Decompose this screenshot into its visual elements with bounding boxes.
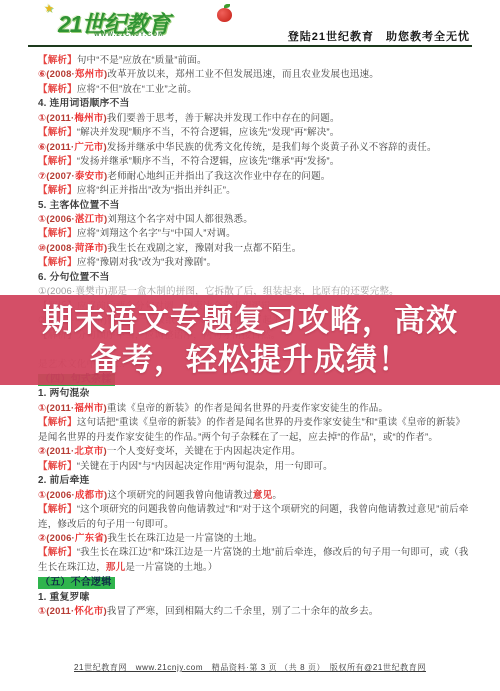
text-segment: ② bbox=[38, 533, 46, 544]
header-slogan: 登陆21世纪教育 助您教考全无忧 bbox=[288, 28, 470, 44]
text-segment: 5. 主客体位置不当 bbox=[38, 200, 119, 211]
page-footer: 21世纪教育网 www.21cnjy.com 精品资料·第 3 页 （共 8 页… bbox=[0, 662, 500, 673]
doc-line-analysis: 【解析】应将“刘翔这个名字”与“中国人”对调。 bbox=[38, 227, 472, 241]
text-segment: 重读《皇帝的新装》的作者是闻名世界的丹麦作家安徒生的作品。 bbox=[107, 403, 388, 414]
text-segment: 北京市 bbox=[74, 446, 103, 457]
doc-line-analysis: 【解析】这句话把“重读《皇帝的新装》的作者是闻名世界的丹麦作家安徒生”和“重读《… bbox=[38, 416, 472, 445]
text-segment: 【解析】 bbox=[38, 461, 77, 472]
site-logo: ★ 21世纪教育 WWW.21CNJY.COM bbox=[58, 6, 248, 46]
text-segment: 【解析】 bbox=[38, 156, 77, 167]
text-segment: “解决并发现”顺序不当，不符合逻辑，应该先“发现”再“解决”。 bbox=[77, 127, 340, 138]
text-segment: “发扬并继承”顺序不当，不符合逻辑，应该先“继承”再“发扬”。 bbox=[77, 156, 340, 167]
text-segment: 广元市 bbox=[74, 142, 103, 153]
doc-line-item: ⑥(2008·郑州市)改革开放以来，郑州工业不但发展迅速，而且农业发展也迅速。 bbox=[38, 68, 472, 82]
text-segment: 湛江市 bbox=[75, 214, 104, 225]
text-segment: 改革开放以来，郑州工业不但发展迅速，而且农业发展也迅速。 bbox=[107, 69, 379, 80]
text-segment: ⑥ bbox=[38, 69, 46, 80]
doc-line-item: ②(2006·广东省)我生长在珠江边是一片富饶的土地。 bbox=[38, 532, 472, 546]
text-segment: 句中“不是”应放在“质量”前面。 bbox=[77, 55, 207, 66]
doc-line-analysis: 【解析】“解决并发现”顺序不当，不符合逻辑，应该先“发现”再“解决”。 bbox=[38, 126, 472, 140]
text-segment: (2011· bbox=[46, 113, 74, 124]
text-segment: 成都市 bbox=[75, 490, 104, 501]
text-segment: 泰安市 bbox=[75, 171, 104, 182]
doc-line-item: ⑥(2011·广元市)发扬并继承中华民族的优秀文化传统，是我们每个炎黄子孙义不容… bbox=[38, 141, 472, 155]
text-segment: 【解析】 bbox=[38, 185, 77, 196]
header-divider bbox=[28, 45, 472, 47]
text-segment: 一个人变好变坏，关键在于内因起决定作用。 bbox=[107, 446, 301, 457]
apple-icon bbox=[217, 8, 232, 22]
text-segment: ① bbox=[38, 490, 46, 501]
text-segment: (2006· bbox=[46, 214, 75, 225]
promo-banner-line1: 期末语文专题复习攻略，高效 bbox=[42, 301, 458, 340]
text-segment: (2008· bbox=[46, 243, 75, 254]
text-segment: 。 bbox=[272, 490, 282, 501]
text-segment: （五）不合逻辑 bbox=[38, 577, 115, 589]
text-segment: 菏泽市 bbox=[75, 243, 104, 254]
text-segment: 发扬并继承中华民族的优秀文化传统，是我们每个炎黄子孙义不容辞的责任。 bbox=[107, 142, 437, 153]
text-segment: 【解析】 bbox=[38, 417, 77, 428]
text-segment: 应将“不但”放在“工业”之前。 bbox=[77, 84, 197, 95]
text-segment: 应将“纠正并指出”改为“指出并纠正”。 bbox=[77, 185, 236, 196]
text-segment: 那儿 bbox=[106, 562, 125, 573]
document-page: ★ 21世纪教育 WWW.21CNJY.COM 登陆21世纪教育 助您教考全无忧… bbox=[0, 0, 500, 691]
footer-text: 21世纪教育网 www.21cnjy.com 精品资料·第 3 页 （共 8 页… bbox=[74, 663, 426, 672]
text-segment: 郑州市 bbox=[75, 69, 104, 80]
text-segment: 这个项研究的问题我曾向他请教过 bbox=[107, 490, 253, 501]
doc-line-analysis: 【解析】应将“不但”放在“工业”之前。 bbox=[38, 83, 472, 97]
text-segment: ① bbox=[38, 214, 46, 225]
text-segment: 2. 前后牵连 bbox=[38, 475, 89, 486]
doc-line-category: 2. 前后牵连 bbox=[38, 474, 472, 488]
doc-line-item: ①(2006·成都市)这个项研究的问题我曾向他请教过意见。 bbox=[38, 489, 472, 503]
doc-line-analysis: 【解析】“关键在于内因”与“内因起决定作用”两句混杂，用一句即可。 bbox=[38, 460, 472, 474]
text-segment: (2011· bbox=[46, 403, 74, 414]
doc-line-item: ①(2011·福州市)重读《皇帝的新装》的作者是闻名世界的丹麦作家安徒生的作品。 bbox=[38, 402, 472, 416]
promo-banner-line2: 备考，轻松提升成绩！ bbox=[90, 340, 410, 379]
text-segment: 6. 分句位置不当 bbox=[38, 272, 109, 283]
text-segment: 应将“刘翔这个名字”与“中国人”对调。 bbox=[77, 228, 236, 239]
promo-banner[interactable]: 期末语文专题复习攻略，高效 备考，轻松提升成绩！ bbox=[0, 295, 500, 385]
doc-line-analysis: 【解析】应将“豫剧对我”改为“我对豫剧”。 bbox=[38, 256, 472, 270]
text-segment: ① bbox=[38, 113, 46, 124]
text-segment: “我生长在珠江边”和“珠江边是一片富饶的土地”前后牵连，修改后的句子用一句即可，… bbox=[38, 547, 469, 572]
text-segment: (2008· bbox=[46, 69, 75, 80]
text-segment: (2011· bbox=[46, 606, 74, 617]
doc-line-item: ⑦(2007·泰安市)老师耐心地纠正并指出了我这次作业中存在的问题。 bbox=[38, 170, 472, 184]
text-segment: 【解析】 bbox=[38, 547, 77, 558]
text-segment: 怀化市 bbox=[74, 606, 103, 617]
doc-line-category: 1. 重复罗嗦 bbox=[38, 591, 472, 605]
text-segment: 【解析】 bbox=[38, 228, 77, 239]
doc-line-item: ①(2006·湛江市)刘翔这个名字对中国人都很熟悉。 bbox=[38, 213, 472, 227]
text-segment: 我冒了严寒，回到相隔大约二千余里，别了二十余年的故乡去。 bbox=[107, 606, 379, 617]
doc-line-category: 1. 两句混杂 bbox=[38, 387, 472, 401]
text-segment: 广东省 bbox=[75, 533, 104, 544]
text-segment: ① bbox=[38, 403, 46, 414]
text-segment: (2007· bbox=[46, 171, 75, 182]
text-segment: “这个项研究的问题我曾向他请教过”和“对于这个项研究的问题，我曾向他请教过意见”… bbox=[38, 504, 469, 529]
text-segment: 这句话把“重读《皇帝的新装》的作者是闻名世界的丹麦作家安徒生”和“重读《皇帝的新… bbox=[38, 417, 465, 442]
doc-line-category: 4. 连用词语顺序不当 bbox=[38, 97, 472, 111]
text-segment: 1. 两句混杂 bbox=[38, 388, 89, 399]
text-segment: 应将“豫剧对我”改为“我对豫剧”。 bbox=[77, 257, 217, 268]
text-segment: “关键在于内因”与“内因起决定作用”两句混杂，用一句即可。 bbox=[77, 461, 333, 472]
text-segment: 我生长在珠江边是一片富饶的土地。 bbox=[107, 533, 262, 544]
text-segment: ⑦ bbox=[38, 171, 46, 182]
doc-line-item: ⑩(2008·菏泽市)我生长在戏剧之家，豫剧对我一点都不陌生。 bbox=[38, 242, 472, 256]
text-segment: 我们要善于思考，善于解决并发现工作中存在的问题。 bbox=[107, 113, 340, 124]
page-header: ★ 21世纪教育 WWW.21CNJY.COM 登陆21世纪教育 助您教考全无忧 bbox=[0, 0, 500, 48]
text-segment: 意见 bbox=[253, 490, 272, 501]
logo-url: WWW.21CNJY.COM bbox=[94, 32, 164, 38]
text-segment: 我生长在戏剧之家，豫剧对我一点都不陌生。 bbox=[107, 243, 301, 254]
doc-line-analysis: 【解析】“我生长在珠江边”和“珠江边是一片富饶的土地”前后牵连，修改后的句子用一… bbox=[38, 546, 472, 575]
doc-line-item: ①(2011·梅州市)我们要善于思考，善于解决并发现工作中存在的问题。 bbox=[38, 112, 472, 126]
text-segment: 福州市 bbox=[74, 403, 103, 414]
text-segment: (2011· bbox=[46, 446, 74, 457]
text-segment: ② bbox=[38, 446, 46, 457]
doc-line-analysis: 【解析】“这个项研究的问题我曾向他请教过”和“对于这个项研究的问题，我曾向他请教… bbox=[38, 503, 472, 532]
doc-line-analysis: 【解析】句中“不是”应放在“质量”前面。 bbox=[38, 54, 472, 68]
text-segment: (2006· bbox=[46, 533, 75, 544]
text-segment: 是一片富饶的土地。） bbox=[125, 562, 217, 573]
star-icon: ★ bbox=[44, 2, 53, 15]
text-segment: 【解析】 bbox=[38, 127, 77, 138]
text-segment: 【解析】 bbox=[38, 504, 77, 515]
text-segment: 老师耐心地纠正并指出了我这次作业中存在的问题。 bbox=[107, 171, 330, 182]
text-segment: 【解析】 bbox=[38, 257, 77, 268]
text-segment: 刘翔这个名字对中国人都很熟悉。 bbox=[107, 214, 253, 225]
doc-line-category: 6. 分句位置不当 bbox=[38, 271, 472, 285]
text-segment: 【解析】 bbox=[38, 84, 77, 95]
doc-line-analysis: 【解析】应将“纠正并指出”改为“指出并纠正”。 bbox=[38, 184, 472, 198]
text-segment: ⑩ bbox=[38, 243, 46, 254]
text-segment: 1. 重复罗嗦 bbox=[38, 592, 89, 603]
doc-line-item: ①(2011·怀化市)我冒了严寒，回到相隔大约二千余里，别了二十余年的故乡去。 bbox=[38, 605, 472, 619]
text-segment: (2006· bbox=[46, 490, 75, 501]
doc-line-section: （五）不合逻辑 bbox=[38, 575, 472, 590]
text-segment: (2011· bbox=[46, 142, 74, 153]
doc-line-item: ②(2011·北京市)一个人变好变坏，关键在于内因起决定作用。 bbox=[38, 445, 472, 459]
doc-line-analysis: 【解析】“发扬并继承”顺序不当，不符合逻辑，应该先“继承”再“发扬”。 bbox=[38, 155, 472, 169]
text-segment: 梅州市 bbox=[74, 113, 103, 124]
text-segment: ⑥ bbox=[38, 142, 46, 153]
text-segment: 【解析】 bbox=[38, 55, 77, 66]
text-segment: ① bbox=[38, 606, 46, 617]
doc-line-category: 5. 主客体位置不当 bbox=[38, 199, 472, 213]
text-segment: 4. 连用词语顺序不当 bbox=[38, 98, 129, 109]
